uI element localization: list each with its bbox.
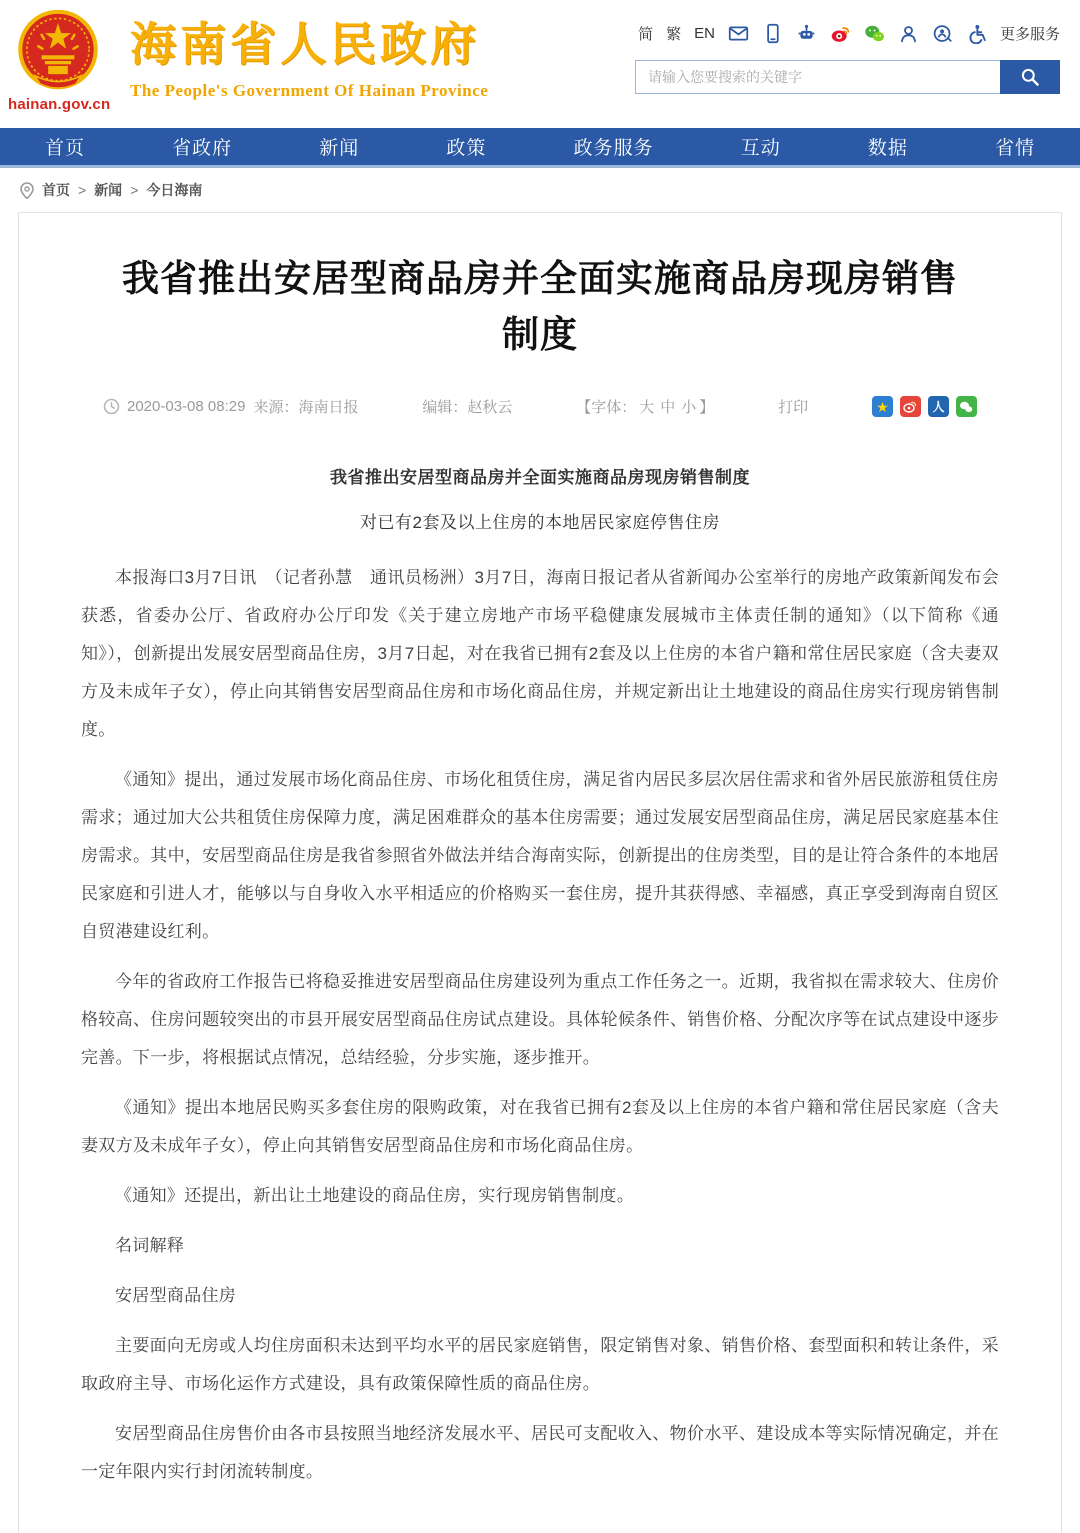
breadcrumb: 首页 > 新闻 > 今日海南 <box>0 168 1080 208</box>
wechat-icon[interactable] <box>864 23 885 44</box>
article-paragraph: 主要面向无房或人均住房面积未达到平均水平的居民家庭销售，限定销售对象、销售价格、… <box>81 1327 999 1403</box>
site-title-block: 海南省人民政府 The People's Government Of Haina… <box>130 10 488 101</box>
clock-icon <box>103 398 120 415</box>
print-button[interactable]: 打印 <box>778 396 808 417</box>
wechat-share-icon[interactable] <box>956 396 977 417</box>
weibo-eye-icon <box>903 400 917 414</box>
share-icons: ★ 人 <box>872 396 977 417</box>
qzone-share-icon[interactable]: ★ <box>872 396 893 417</box>
search-button[interactable] <box>1000 60 1060 94</box>
meta-source: 来源：海南日报 <box>253 396 358 417</box>
logo-domain-text: hainan.gov.cn <box>8 96 108 113</box>
meta-source-label: 来源： <box>253 399 298 416</box>
search-input[interactable] <box>635 60 1000 94</box>
article-subheading: 对已有2套及以上住房的本地居民家庭停售住房 <box>81 508 999 533</box>
site-header: hainan.gov.cn 海南省人民政府 The People's Gover… <box>0 0 1080 128</box>
meta-source-value: 海南日报 <box>298 399 358 416</box>
article-subtitle: 我省推出安居型商品房并全面实施商品房现房销售制度 <box>81 463 999 488</box>
meta-datetime: 2020-03-08 08:29 <box>103 398 245 415</box>
article-container: 我省推出安居型商品房并全面实施商品房现房销售制度 2020-03-08 08:2… <box>18 212 1062 1533</box>
mail-icon[interactable] <box>728 23 749 44</box>
weibo-share-icon[interactable] <box>900 396 921 417</box>
meta-datetime-source: 2020-03-08 08:29 来源：海南日报 <box>103 396 358 417</box>
nav-item-home[interactable]: 首页 <box>45 133 85 160</box>
service-icon[interactable] <box>932 23 953 44</box>
article-title: 我省推出安居型商品房并全面实施商品房现房销售制度 <box>81 251 999 362</box>
user-icon[interactable] <box>898 23 919 44</box>
nav-item-interaction[interactable]: 互动 <box>741 133 781 160</box>
article-body: 本报海口3月7日讯 （记者孙慧 通讯员杨洲）3月7日，海南日报记者从省新闻办公室… <box>81 559 999 1491</box>
breadcrumb-news[interactable]: 新闻 <box>94 180 122 200</box>
more-services-link[interactable]: 更多服务 <box>1000 23 1060 44</box>
nav-item-news[interactable]: 新闻 <box>319 133 359 160</box>
breadcrumb-separator: > <box>130 182 138 198</box>
header-right: 简 繁 EN <box>635 10 1060 94</box>
nav-item-provincial-gov[interactable]: 省政府 <box>172 133 232 160</box>
article-paragraph: 安居型商品住房 <box>81 1277 999 1315</box>
quick-links-row: 简 繁 EN <box>635 20 1060 46</box>
national-emblem-icon <box>17 10 99 94</box>
article-paragraph: 《通知》提出本地居民购买多套住房的限购政策，对在我省已拥有2套及以上住房的本省户… <box>81 1089 999 1165</box>
font-size-large-button[interactable]: 大 <box>639 399 654 416</box>
main-nav: 首页 省政府 新闻 政策 政务服务 互动 数据 省情 <box>0 128 1080 168</box>
meta-datetime-text: 2020-03-08 08:29 <box>127 398 245 415</box>
wechat-bubbles-icon <box>959 400 973 414</box>
search-icon <box>1020 67 1040 87</box>
site-title: 海南省人民政府 <box>130 18 488 71</box>
lang-traditional-link[interactable]: 繁 <box>666 23 681 44</box>
lang-english-link[interactable]: EN <box>694 25 715 42</box>
meta-editor-label: 编辑： <box>422 399 467 416</box>
location-pin-icon <box>20 182 34 199</box>
article-paragraph: 安居型商品住房售价由各市县按照当地经济发展水平、居民可支配收入、物价水平、建设成… <box>81 1415 999 1491</box>
renren-share-icon[interactable]: 人 <box>928 396 949 417</box>
nav-item-province-profile[interactable]: 省情 <box>995 133 1035 160</box>
accessibility-icon[interactable] <box>966 23 987 44</box>
breadcrumb-today-hainan[interactable]: 今日海南 <box>146 180 202 200</box>
nav-item-data[interactable]: 数据 <box>868 133 908 160</box>
nav-item-gov-services[interactable]: 政务服务 <box>574 133 654 160</box>
search-bar <box>635 60 1060 94</box>
article-paragraph: 《通知》还提出，新出让土地建设的商品住房，实行现房销售制度。 <box>81 1177 999 1215</box>
article-paragraph: 名词解释 <box>81 1227 999 1265</box>
article-paragraph: 本报海口3月7日讯 （记者孙慧 通讯员杨洲）3月7日，海南日报记者从省新闻办公室… <box>81 559 999 749</box>
mobile-icon[interactable] <box>762 23 783 44</box>
breadcrumb-separator: > <box>78 182 86 198</box>
article-meta-row: 2020-03-08 08:29 来源：海南日报 编辑：赵秋云 【字体：大中小】… <box>81 396 999 417</box>
font-size-open: 【字体： <box>576 399 636 416</box>
article-paragraph: 今年的省政府工作报告已将稳妥推进安居型商品住房建设列为重点工作任务之一。近期，我… <box>81 963 999 1077</box>
font-size-medium-button[interactable]: 中 <box>660 399 675 416</box>
robot-icon[interactable] <box>796 23 817 44</box>
font-size-close: 】 <box>699 399 714 416</box>
weibo-icon[interactable] <box>830 23 851 44</box>
lang-simplified-link[interactable]: 简 <box>638 23 653 44</box>
meta-editor-value: 赵秋云 <box>467 399 512 416</box>
site-logo[interactable]: hainan.gov.cn <box>8 10 108 113</box>
breadcrumb-home[interactable]: 首页 <box>42 180 70 200</box>
nav-item-policy[interactable]: 政策 <box>446 133 486 160</box>
article-paragraph: 《通知》提出，通过发展市场化商品住房、市场化租赁住房，满足省内居民多层次居住需求… <box>81 761 999 951</box>
font-size-small-button[interactable]: 小 <box>681 399 696 416</box>
font-size-control: 【字体：大中小】 <box>576 396 714 417</box>
meta-editor: 编辑：赵秋云 <box>422 396 512 417</box>
site-subtitle: The People's Government Of Hainan Provin… <box>130 81 488 101</box>
